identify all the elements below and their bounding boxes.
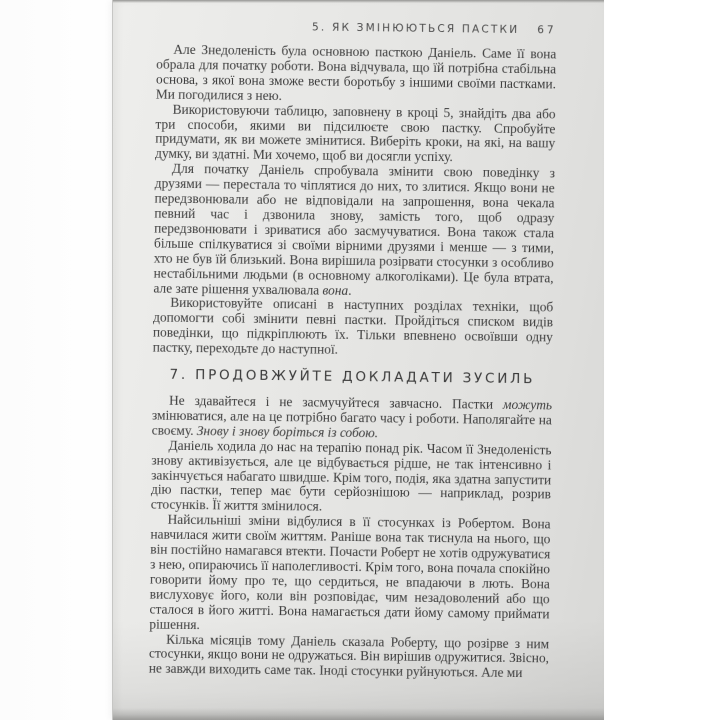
body-paragraph: Даніель ходила до нас на терапію понад р… [151,438,552,517]
body-paragraph: Кілька місяців тому Даніель сказала Робе… [149,632,550,682]
body-paragraph: Найсильніші зміни відбулися в її стосунк… [149,513,550,637]
body-paragraph: Але Знедоленість була основною пасткою Д… [156,43,557,108]
running-head: 5. ЯК ЗМІНЮЮТЬСЯ ПАСТКИ67 [157,20,557,37]
body-paragraph: Використовуючи таблицю, заповнену в кроц… [155,102,556,167]
body-paragraph: Використовуйте описані в наступних розді… [153,296,554,361]
body-text-before-heading: Але Знедоленість була основною пасткою Д… [153,43,557,361]
book-page-photo: 5. ЯК ЗМІНЮЮТЬСЯ ПАСТКИ67 Але Знедоленіс… [0,0,720,720]
body-paragraph: Для початку Даніель спробувала змінити с… [153,162,555,301]
chapter-title: 5. ЯК ЗМІНЮЮТЬСЯ ПАСТКИ [312,21,519,36]
page-content: 5. ЯК ЗМІНЮЮТЬСЯ ПАСТКИ67 Але Знедоленіс… [149,0,557,682]
body-paragraph: Не здавайтеся і не засмучуйтеся завчасно… [152,394,553,444]
book-page: 5. ЯК ЗМІНЮЮТЬСЯ ПАСТКИ67 Але Знедоленіс… [112,0,604,720]
section-heading: 7. ПРОДОВЖУЙТЕ ДОКЛАДАТИ ЗУСИЛЬ [152,367,552,388]
body-text-after-heading: Не здавайтеся і не засмучуйтеся завчасно… [149,394,552,682]
page-number: 67 [537,24,557,36]
page-bottom-edge-shadow [113,708,604,720]
